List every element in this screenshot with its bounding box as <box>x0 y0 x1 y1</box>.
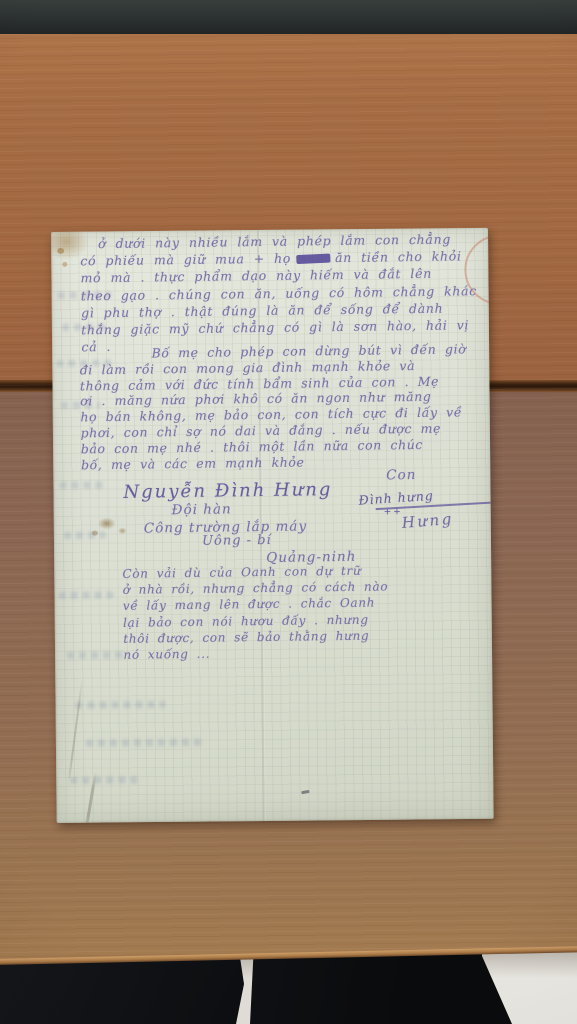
autograph-name: Hưng <box>401 510 454 532</box>
signature-unit: Đội hàn <box>172 501 232 518</box>
handwritten-line: nó xuống ... <box>123 643 389 663</box>
signature-town: Uông - bí <box>202 533 272 549</box>
censored-word-blot <box>296 254 330 265</box>
postscript: Còn vải dù của Oanh con dự trữ ở nhà rồi… <box>122 562 389 663</box>
line-text: có phiếu mà giữ mua + họ <box>80 251 291 269</box>
line-text: ăn tiền cho khỏi <box>335 249 462 266</box>
paragraph-1: ở dưới này nhiều lắm và phép lắm con chẳ… <box>80 230 478 356</box>
autograph-mark: ++ <box>384 507 403 517</box>
paragraph-2: Bố mẹ cho phép con dừng bút vì đến giờ đ… <box>79 341 467 472</box>
photo-of-handwritten-letter: ở dưới này nhiều lắm và phép lắm con chẳ… <box>0 0 577 1024</box>
handwritten-text: ở dưới này nhiều lắm và phép lắm con chẳ… <box>51 228 494 823</box>
signature-full-name: Nguyễn Đình Hưng <box>123 479 332 503</box>
closing-word: Con <box>386 467 416 483</box>
letter-page: ở dưới này nhiều lắm và phép lắm con chẳ… <box>51 228 494 823</box>
handwritten-line: thôi được, con sẽ bảo thằng hưng <box>123 627 389 647</box>
bench-backrest-strip <box>0 0 577 34</box>
